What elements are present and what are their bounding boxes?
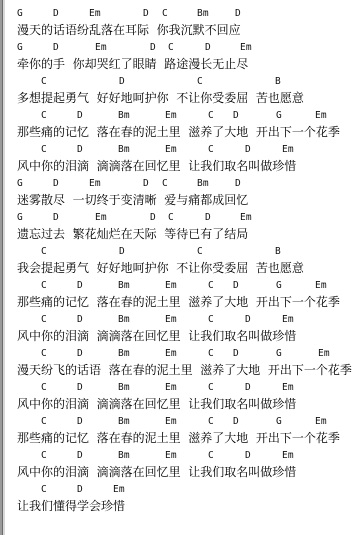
chord-label: D [233,349,239,359]
chord-label: C [208,383,214,393]
chord-label: C [41,145,47,155]
chord-label: Em [318,349,330,359]
lyric-row: 风中你的泪滴 滴滴落在回忆里 让我们取名叫做珍惜 [17,396,296,413]
chord-label: Em [89,179,101,189]
chord-label: G [276,281,282,291]
chord-row: GDEmDCBmD [0,5,362,22]
chord-label: B [275,247,281,257]
chord-label: D [143,179,149,189]
chord-label: C [41,247,47,257]
chord-label: G [276,417,282,427]
chord-label: Em [165,281,177,291]
chord-label: D [205,213,211,223]
verse-line: CDBmEmCDGEm那些痛的记忆 落在春的泥土里 滋养了大地 开出下一个花季 [0,413,362,447]
chord-label: C [208,315,214,325]
lyric-row: 风中你的泪滴 滴滴落在回忆里 让我们取名叫做珍惜 [17,464,296,481]
chord-label: Em [315,111,327,121]
chord-label: Bm [118,417,130,427]
chord-label: Bm [118,349,130,359]
chord-label: D [53,179,59,189]
chord-label: D [233,111,239,121]
chord-label: Em [95,213,107,223]
chord-label: D [119,247,125,257]
chord-label: C [41,417,47,427]
verse-line: CDBmEmCDGEm那些痛的记忆 落在春的泥土里 滋养了大地 开出下一个花季 [0,277,362,311]
chord-label: D [77,281,83,291]
verse-line: CDBmEmCDEm风中你的泪滴 滴滴落在回忆里 让我们取名叫做珍惜 [0,447,362,481]
chord-label: C [208,281,214,291]
lyric-row: 让我们懂得学会珍惜 [17,498,125,515]
chord-label: C [41,111,47,121]
chord-row: GDEmDCDEm [0,209,362,226]
chord-label: D [235,9,241,19]
chord-row: GDEmDCBmD [0,175,362,192]
chord-label: C [197,247,203,257]
chord-label: Bm [118,451,130,461]
chord-label: Bm [118,315,130,325]
verse-line: CDBmEmCDGEm漫天纷飞的话语 落在春的泥土里 滋养了大地 开出下一个花季 [0,345,362,379]
chord-label: D [53,43,59,53]
chord-label: Bm [197,9,209,19]
chord-label: G [17,43,23,53]
chord-sheet: GDEmDCBmD漫天的话语纷乱落在耳际 你我沉默不回应GDEmDCDEm牵你的… [0,0,362,535]
chord-label: D [245,315,251,325]
chord-label: D [143,9,149,19]
chord-label: Em [240,213,252,223]
chord-row: CDBmEmCDGEm [0,277,362,294]
chord-label: Em [113,485,125,495]
verse-line: CDBmEmCDEm风中你的泪滴 滴滴落在回忆里 让我们取名叫做珍惜 [0,141,362,175]
chord-row: CDBmEmCDEm [0,379,362,396]
verse-line: GDEmDCDEm遗忘过去 繁花灿烂在天际 等待已有了结局 [0,209,362,243]
lyric-row: 遗忘过去 繁花灿烂在天际 等待已有了结局 [17,226,248,243]
chord-label: B [275,77,281,87]
chord-label: Em [165,111,177,121]
chord-label: C [208,111,214,121]
chord-label: Em [165,417,177,427]
chord-label: D [77,417,83,427]
chord-label: Em [165,349,177,359]
verse-line: CDBmEmCDGEm那些痛的记忆 落在春的泥土里 滋养了大地 开出下一个花季 [0,107,362,141]
chord-label: C [41,451,47,461]
chord-label: D [77,145,83,155]
chord-label: C [41,383,47,393]
chord-label: Em [282,383,294,393]
chord-label: C [41,281,47,291]
chord-label: Em [165,315,177,325]
chord-label: Em [165,451,177,461]
chord-label: C [197,77,203,87]
lyric-row: 那些痛的记忆 落在春的泥土里 滋养了大地 开出下一个花季 [17,430,340,447]
chord-label: D [235,179,241,189]
chord-label: Bm [197,179,209,189]
chord-label: D [77,485,83,495]
chord-label: D [77,451,83,461]
chord-label: D [119,77,125,87]
chord-label: D [77,315,83,325]
chord-label: C [41,77,47,87]
chord-label: D [77,349,83,359]
chord-label: Em [282,451,294,461]
chord-row: CDCB [0,73,362,90]
chord-label: C [208,145,214,155]
chord-label: C [41,349,47,359]
chord-label: D [77,383,83,393]
chord-label: C [168,43,174,53]
chord-label: Em [165,383,177,393]
chord-label: Em [240,43,252,53]
chord-label: C [208,349,214,359]
chord-label: Bm [118,145,130,155]
verse-line: GDEmDCBmD漫天的话语纷乱落在耳际 你我沉默不回应 [0,5,362,39]
chord-label: G [276,111,282,121]
chord-label: D [53,9,59,19]
verse-line: CDCB我会提起勇气 好好地呵护你 不让你受委屈 苦也愿意 [0,243,362,277]
chord-label: Bm [118,383,130,393]
chord-label: Bm [118,111,130,121]
verse-line: CDCB多想提起勇气 好好地呵护你 不让你受委屈 苦也愿意 [0,73,362,107]
chord-label: D [245,145,251,155]
chord-label: D [245,451,251,461]
chord-label: C [162,9,168,19]
chord-label: Em [165,145,177,155]
chord-label: D [233,417,239,427]
chord-label: C [162,179,168,189]
chord-label: D [77,111,83,121]
chord-row: CDBmEmCDEm [0,447,362,464]
chord-label: C [41,315,47,325]
verse-line: GDEmDCDEm牵你的手 你却哭红了眼睛 路途漫长无止尽 [0,39,362,73]
chord-label: D [205,43,211,53]
chord-label: G [17,179,23,189]
lyric-row: 漫天纷飞的话语 落在春的泥土里 滋养了大地 开出下一个花季 [17,362,352,379]
chord-label: G [276,349,282,359]
chord-row: CDBmEmCDGEm [0,107,362,124]
lyric-row: 风中你的泪滴 滴滴落在回忆里 让我们取名叫做珍惜 [17,328,296,345]
chord-label: D [233,281,239,291]
chord-label: D [150,43,156,53]
lyric-row: 牵你的手 你却哭红了眼睛 路途漫长无止尽 [17,56,248,73]
chord-label: Em [315,417,327,427]
chord-label: G [17,9,23,19]
chord-label: Em [89,9,101,19]
lyric-row: 风中你的泪滴 滴滴落在回忆里 让我们取名叫做珍惜 [17,158,296,175]
lyric-row: 多想提起勇气 好好地呵护你 不让你受委屈 苦也愿意 [17,90,304,107]
chord-label: D [245,383,251,393]
chord-row: CDBmEmCDEm [0,311,362,328]
chord-label: C [41,485,47,495]
chord-label: Em [282,145,294,155]
lyric-row: 我会提起勇气 好好地呵护你 不让你受委屈 苦也愿意 [17,260,304,277]
chord-label: Em [315,281,327,291]
verse-line: CDBmEmCDEm风中你的泪滴 滴滴落在回忆里 让我们取名叫做珍惜 [0,311,362,345]
chord-row: CDEm [0,481,362,498]
chord-row: CDBmEmCDGEm [0,345,362,362]
chord-label: G [17,213,23,223]
lyric-row: 漫天的话语纷乱落在耳际 你我沉默不回应 [17,22,241,39]
chord-row: CDBmEmCDGEm [0,413,362,430]
lyric-row: 那些痛的记忆 落在春的泥土里 滋养了大地 开出下一个花季 [17,294,340,311]
verse-line: CDBmEmCDEm风中你的泪滴 滴滴落在回忆里 让我们取名叫做珍惜 [0,379,362,413]
chord-row: GDEmDCDEm [0,39,362,56]
verse-line: GDEmDCBmD迷雾散尽 一切终于变清晰 爱与痛都成回忆 [0,175,362,209]
chord-label: C [208,417,214,427]
chord-label: C [208,451,214,461]
chord-label: Em [95,43,107,53]
lyric-row: 迷雾散尽 一切终于变清晰 爱与痛都成回忆 [17,192,248,209]
verse-line: CDEm让我们懂得学会珍惜 [0,481,362,515]
chord-label: D [53,213,59,223]
chord-label: D [150,213,156,223]
chord-label: Em [282,315,294,325]
chord-row: CDCB [0,243,362,260]
chord-label: C [168,213,174,223]
chord-label: Bm [118,281,130,291]
chord-row: CDBmEmCDEm [0,141,362,158]
lyric-row: 那些痛的记忆 落在春的泥土里 滋养了大地 开出下一个花季 [17,124,340,141]
